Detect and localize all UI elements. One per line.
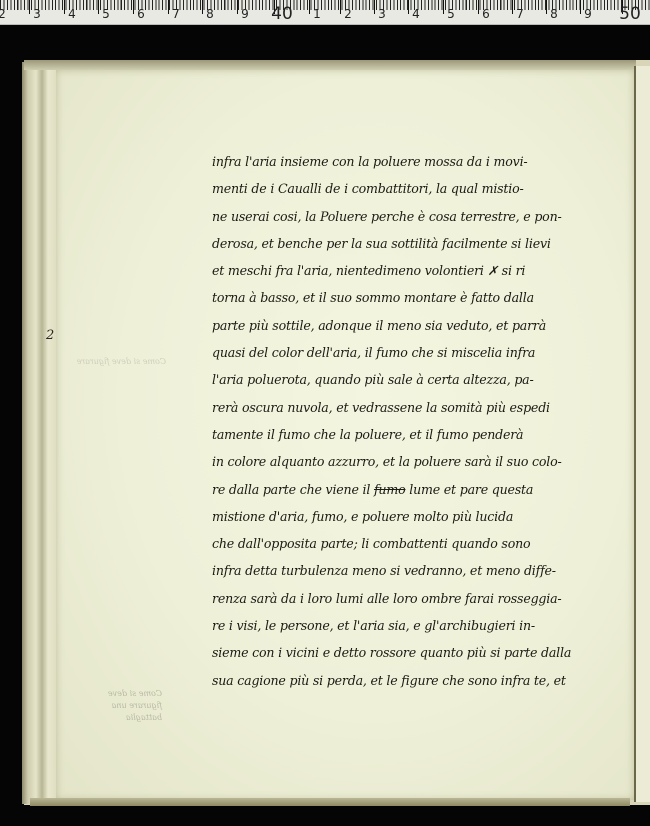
ruler-label: 8 [550, 7, 558, 21]
ruler-label: 3 [378, 7, 386, 21]
ruler-major-tick [478, 0, 479, 14]
ruler-label: 6 [137, 7, 145, 21]
struck-word: fumo [374, 482, 406, 497]
ruler-label: 40 [271, 4, 293, 24]
ruler-label: 2 [0, 7, 6, 21]
bleed-through-note-upper: Come si deve figurare [76, 356, 166, 368]
ruler-major-tick [29, 0, 30, 14]
ruler-label: 4 [412, 7, 420, 21]
ruler-label: 2 [344, 7, 352, 21]
measurement-ruler: 234567894012345678950 [0, 0, 650, 25]
ruler-major-tick [512, 0, 513, 14]
ruler-major-tick [168, 0, 169, 14]
ruler-label: 7 [516, 7, 524, 21]
text-line: sieme con i vicini e detto rossore quant… [212, 639, 612, 666]
ruler-major-tick [202, 0, 203, 14]
ruler-label: 9 [241, 7, 249, 21]
ruler-label: 5 [102, 7, 110, 21]
ruler-label: 5 [447, 7, 455, 21]
ruler-label: 3 [33, 7, 41, 21]
text-line: mistione d'aria, fumo, e poluere molto p… [212, 503, 612, 530]
text-line: renza sarà da i loro lumi alle loro ombr… [212, 585, 612, 612]
text-line: tamente il fumo che la poluere, et il fu… [212, 421, 612, 448]
text-line: parte più sottile, adonque il meno sia v… [212, 312, 612, 339]
ruler-label: 9 [584, 7, 592, 21]
ruler-major-tick [546, 0, 547, 14]
ruler-label: 50 [619, 4, 641, 24]
text-line: infra l'aria insieme con la poluere moss… [212, 148, 612, 175]
ruler-major-tick [237, 0, 238, 14]
text-line: derosa, et benche per la sua sottilità f… [212, 230, 612, 257]
ruler-major-tick [64, 0, 65, 14]
text-line: infra detta turbulenza meno si vedranno,… [212, 557, 612, 584]
text-segment: re dalla parte che viene il [212, 482, 374, 497]
ruler-label: 4 [68, 7, 76, 21]
ruler-major-tick [309, 0, 310, 14]
ruler-label: 6 [482, 7, 490, 21]
manuscript-text: infra l'aria insieme con la poluere moss… [212, 148, 612, 694]
text-line: torna à basso, et il suo sommo montare è… [212, 284, 612, 311]
ruler-major-tick [374, 0, 375, 14]
ruler-major-tick [98, 0, 99, 14]
text-line-with-strikethrough: re dalla parte che viene il fumo lume et… [212, 476, 612, 503]
ruler-label: 7 [172, 7, 180, 21]
bleed-through-note: Come si deve figurare una battaglia [82, 688, 162, 724]
facing-page-edge [634, 66, 650, 802]
text-line: l'aria poluerota, quando più sale à cert… [212, 366, 612, 393]
text-line: sua cagione più si perda, et le figure c… [212, 667, 612, 694]
folio-mark: 2 [46, 328, 54, 343]
text-line: ne userai cosi, la Poluere perche è cosa… [212, 203, 612, 230]
text-line: in colore alquanto azzurro, et la poluer… [212, 448, 612, 475]
text-line: quasi del color dell'aria, il fumo che s… [212, 339, 612, 366]
text-line: che dall'opposita parte; li combattenti … [212, 530, 612, 557]
ruler-major-tick [580, 0, 581, 14]
page-top-edge [24, 60, 636, 70]
ruler-major-tick [340, 0, 341, 14]
text-segment: lume et pare questa [405, 482, 533, 497]
ruler-major-tick [443, 0, 444, 14]
page-bottom-edge [30, 798, 630, 806]
ruler-major-tick [408, 0, 409, 14]
text-line: menti de i Caualli de i combattitori, la… [212, 175, 612, 202]
text-line: re i visi, le persone, et l'aria sia, e … [212, 612, 612, 639]
text-line: et meschi fra l'aria, nientedimeno volon… [212, 257, 612, 284]
ruler-major-tick [133, 0, 134, 14]
ruler-label: 1 [313, 7, 321, 21]
text-line: rerà oscura nuvola, et vedrassene la som… [212, 394, 612, 421]
ruler-label: 8 [206, 7, 214, 21]
